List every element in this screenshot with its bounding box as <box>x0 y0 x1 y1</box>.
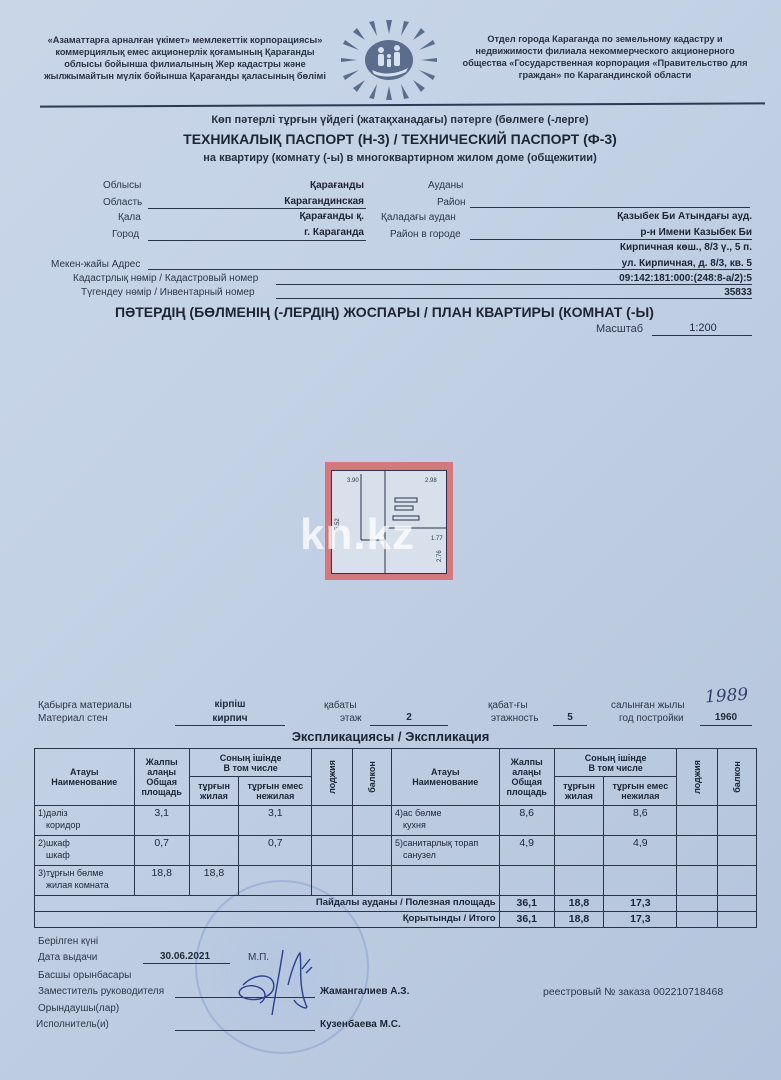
room-nonliving: 0,7 <box>239 836 312 866</box>
room-living <box>189 806 238 836</box>
room-nonliving <box>239 866 312 896</box>
header-nonliving-right: тұрғын емес нежилая <box>604 777 677 806</box>
room-living <box>554 866 603 896</box>
district-underline <box>470 207 750 208</box>
room-living: 18,8 <box>189 866 238 896</box>
useful-area-loggia <box>677 896 718 912</box>
room-total: 8,6 <box>499 806 554 836</box>
header-loggia-right: лоджия <box>677 749 718 806</box>
signature <box>228 945 348 1020</box>
scale-underline <box>652 335 752 336</box>
header-incl-left: Соның ішінде В том числе <box>189 749 312 777</box>
room-living <box>554 836 603 866</box>
wall-material-value-kz: кірпіш <box>175 699 285 710</box>
room-total: 4,9 <box>499 836 554 866</box>
useful-area-nonliving: 17,3 <box>604 896 677 912</box>
city-underline <box>148 240 366 241</box>
plan-dim-1: 3.90 <box>347 478 359 484</box>
room-total: 18,8 <box>134 866 189 896</box>
wall-material-label-ru: Материал стен <box>38 713 108 724</box>
header-total-left: Жалпы алаңы Общая площадь <box>134 749 189 806</box>
year-label-ru: год постройки <box>619 713 684 724</box>
header-nonliving-left: тұрғын емес нежилая <box>239 777 312 806</box>
city-value-kz: Қарағанды қ. <box>180 211 364 222</box>
plan-dim-2: 2.98 <box>425 478 437 484</box>
summary-balcony <box>718 912 757 928</box>
room-name: 5)санитарлық торапсанузел <box>391 836 499 866</box>
document-title: ТЕХНИКАЛЫҚ ПАСПОРТ (Н-3) / ТЕХНИЧЕСКИЙ П… <box>100 131 700 147</box>
header-living-right: тұрғын жилая <box>554 777 603 806</box>
org-name-ru: Отдел города Караганда по земельному кад… <box>455 33 755 81</box>
floors-label-ru: этажность <box>491 713 538 724</box>
floor-label-kz: қабаты <box>324 700 357 711</box>
useful-area-row: Пайдалы ауданы / Полезная площадь 36,1 1… <box>35 896 757 912</box>
issued-date: 30.06.2021 <box>145 951 225 962</box>
room-loggia <box>677 806 718 836</box>
room-loggia <box>312 836 353 866</box>
room-balcony <box>353 866 392 896</box>
cadastral-label: Кадастрлық нөмір / Кадастровый номер <box>73 273 258 284</box>
inventory-value: 35833 <box>470 287 752 298</box>
explication-table: Атауы Наименование Жалпы алаңы Общая пло… <box>34 748 757 928</box>
summary-label: Қорытынды / Итого <box>35 912 500 928</box>
room-nonliving: 3,1 <box>239 806 312 836</box>
room-total <box>499 866 554 896</box>
room-balcony <box>718 806 757 836</box>
executor-name: Кузенбаева М.С. <box>320 1019 401 1030</box>
address-value-kz: Кирпичная көш., 8/3 ү., 5 п. <box>470 242 752 253</box>
useful-area-label: Пайдалы ауданы / Полезная площадь <box>35 896 500 912</box>
room-living <box>554 806 603 836</box>
floors-underline <box>553 725 587 726</box>
issued-underline <box>143 963 230 964</box>
room-living <box>189 836 238 866</box>
useful-area-living: 18,8 <box>554 896 603 912</box>
useful-area-total: 36,1 <box>499 896 554 912</box>
header-incl-right: Соның ішінде В том числе <box>554 749 677 777</box>
room-name <box>391 866 499 896</box>
executor-label-ru: Исполнитель(и) <box>36 1019 109 1030</box>
year-value: 1960 <box>700 712 752 723</box>
useful-area-balcony <box>718 896 757 912</box>
org-name-kz: «Азаматтарға арналған үкімет» мемлекетті… <box>40 34 330 82</box>
title-kz: Көп пәтерлі тұрғын үйдегі (жатақханадағы… <box>100 114 700 126</box>
oblys-label-ru: Область <box>103 197 142 208</box>
oblys-underline <box>148 208 366 209</box>
floor-value: 2 <box>370 712 448 723</box>
sun-family-logo-icon <box>336 18 442 100</box>
address-underline <box>148 269 752 270</box>
header-total-right: Жалпы алаңы Общая площадь <box>499 749 554 806</box>
room-nonliving: 8,6 <box>604 806 677 836</box>
issued-label-ru: Дата выдачи <box>38 952 97 963</box>
room-name: 3)тұрғын бөлмежилая комната <box>35 866 135 896</box>
room-nonliving <box>604 866 677 896</box>
header-loggia-left: лоджия <box>312 749 353 806</box>
plan-dim-5: 2.76 <box>437 550 443 562</box>
room-name: 1)дәлізкоридор <box>35 806 135 836</box>
address-label: Мекен-жайы Адрес <box>51 259 140 270</box>
oblys-value-ru: Карагандинская <box>180 196 364 207</box>
wall-material-label-kz: Қабырға материалы <box>38 700 132 711</box>
deputy-label-ru: Заместитель руководителя <box>38 986 164 997</box>
room-name: 4)ас бөлмекухня <box>391 806 499 836</box>
room-balcony <box>353 806 392 836</box>
plan-title: ПӘТЕРДІҢ (БӨЛМЕНІҢ (-ЛЕРДІҢ) ЖОСПАРЫ / П… <box>115 304 654 320</box>
city-district-value-ru: р-н Имени Казыбек Би <box>470 227 752 238</box>
city-district-value-kz: Қазыбек Би Атындағы ауд. <box>470 211 752 222</box>
plan-dim-4: 1.77 <box>431 536 443 542</box>
room-total: 3,1 <box>134 806 189 836</box>
summary-total: 36,1 <box>499 912 554 928</box>
deputy-label-kz: Басшы орынбасары <box>38 970 131 981</box>
district-label-kz: Ауданы <box>428 180 463 191</box>
inventory-label: Түгендеу нөмір / Инвентарный номер <box>81 287 255 298</box>
wall-underline <box>175 725 285 726</box>
registry-number: реестровый № заказа 002210718468 <box>543 986 723 998</box>
room-balcony <box>718 866 757 896</box>
year-handwritten: 1989 <box>704 685 749 708</box>
year-label-kz: салынған жылы <box>611 700 685 711</box>
floors-label-kz: қабат-ғы <box>488 700 528 711</box>
oblys-label-kz: Облысы <box>103 180 141 191</box>
wall-material-value-ru: кирпич <box>175 713 285 724</box>
city-district-label-ru: Район в городе <box>390 229 461 240</box>
table-row: 1)дәлізкоридор 3,1 3,1 4)ас бөлмекухня 8… <box>35 806 757 836</box>
table-row: 2)шкафшкаф 0,7 0,7 5)санитарлық торапсан… <box>35 836 757 866</box>
room-nonliving: 4,9 <box>604 836 677 866</box>
scale-value: 1:200 <box>655 322 751 334</box>
floor-label-ru: этаж <box>340 713 362 724</box>
cadastral-value: 09:142:181:000:(248:8-а/2):5 <box>470 273 752 284</box>
room-total: 0,7 <box>134 836 189 866</box>
header-divider <box>40 102 765 107</box>
city-district-underline <box>470 239 752 240</box>
room-balcony <box>718 836 757 866</box>
scale-label: Масштаб <box>596 323 643 335</box>
title-ru: на квартиру (комнату (-ы) в многоквартир… <box>100 152 700 164</box>
summary-nonliving: 17,3 <box>604 912 677 928</box>
executor-label-kz: Орындаушы(лар) <box>38 1003 119 1014</box>
watermark: kn.kz <box>300 510 415 560</box>
city-label-kz: Қала <box>118 212 141 223</box>
summary-living: 18,8 <box>554 912 603 928</box>
summary-loggia <box>677 912 718 928</box>
room-loggia <box>677 866 718 896</box>
room-loggia <box>312 806 353 836</box>
cadastral-underline <box>276 284 752 285</box>
inventory-underline <box>276 298 752 299</box>
summary-row: Қорытынды / Итого 36,1 18,8 17,3 <box>35 912 757 928</box>
city-value-ru: г. Караганда <box>180 227 364 238</box>
room-name: 2)шкафшкаф <box>35 836 135 866</box>
room-loggia <box>677 836 718 866</box>
floors-value: 5 <box>553 712 587 723</box>
city-district-label-kz: Қаладағы аудан <box>381 212 456 223</box>
room-loggia <box>312 866 353 896</box>
executor-underline <box>175 1030 315 1031</box>
table-row: 3)тұрғын бөлмежилая комната 18,8 18,8 <box>35 866 757 896</box>
room-balcony <box>353 836 392 866</box>
address-value-ru: ул. Кирпичная, д. 8/3, кв. 5 <box>470 258 752 269</box>
issued-label-kz: Берілген күні <box>38 936 98 947</box>
year-underline <box>700 725 752 726</box>
header-balcony-left: балкон <box>353 749 392 806</box>
header-living-left: тұрғын жилая <box>189 777 238 806</box>
header-name-right: Атауы Наименование <box>391 749 499 806</box>
header-name-left: Атауы Наименование <box>35 749 135 806</box>
explication-title: Экспликациясы / Экспликация <box>0 729 781 744</box>
oblys-value-kz: Қарағанды <box>180 180 364 191</box>
floor-underline <box>370 725 448 726</box>
district-label-ru: Район <box>437 197 466 208</box>
city-label-ru: Город <box>112 229 139 240</box>
header-balcony-right: балкон <box>718 749 757 806</box>
